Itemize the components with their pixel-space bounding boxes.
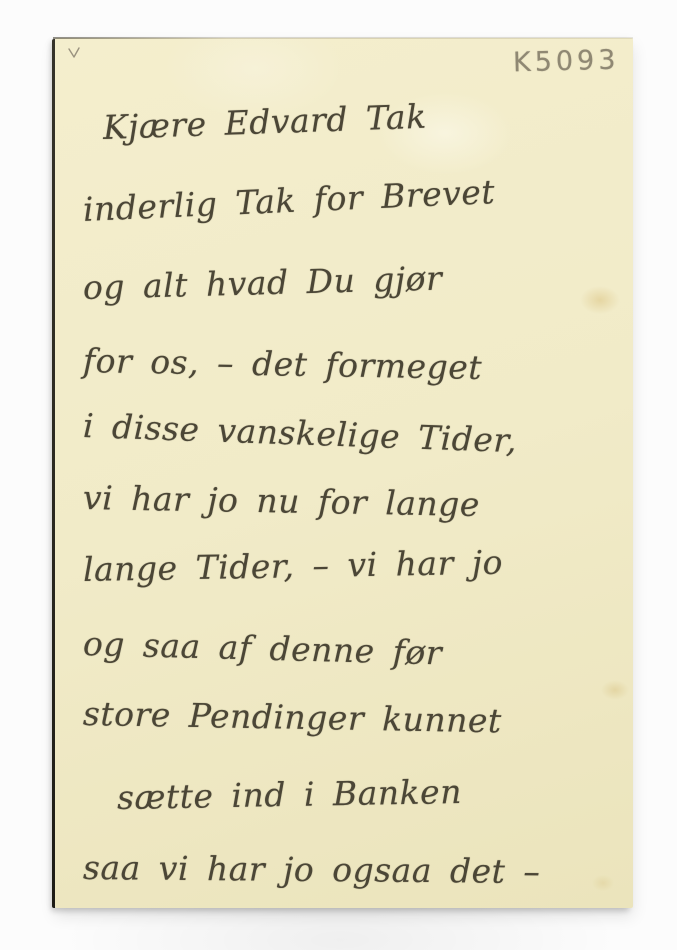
letter-line: store Pendinger kunnet xyxy=(83,694,502,740)
letter-line: og saa af denne før xyxy=(82,624,442,672)
letter-line: Kjære Edvard Tak xyxy=(102,97,427,147)
letter-line: sætte ind i Banken xyxy=(117,772,463,817)
letter-line: i disse vanskelige Tider, xyxy=(82,406,517,460)
letter-line: lange Tider, – vi har jo xyxy=(83,543,504,589)
letter-line: og alt hvad Du gjør xyxy=(82,259,442,307)
scanned-letter-photo: K5093 Kjære Edvard Tak inderlig Tak for … xyxy=(0,0,677,950)
letter-line: saa vi har jo ogsaa det – xyxy=(83,848,541,891)
letter-line: for os, – det formeget xyxy=(83,341,483,387)
letter-body: Kjære Edvard Tak inderlig Tak for Brevet… xyxy=(55,38,633,908)
letter-line: vi har jo nu for lange xyxy=(83,478,481,524)
letter-line: inderlig Tak for Brevet xyxy=(82,172,496,229)
letter-paper: K5093 Kjære Edvard Tak inderlig Tak for … xyxy=(55,38,633,908)
